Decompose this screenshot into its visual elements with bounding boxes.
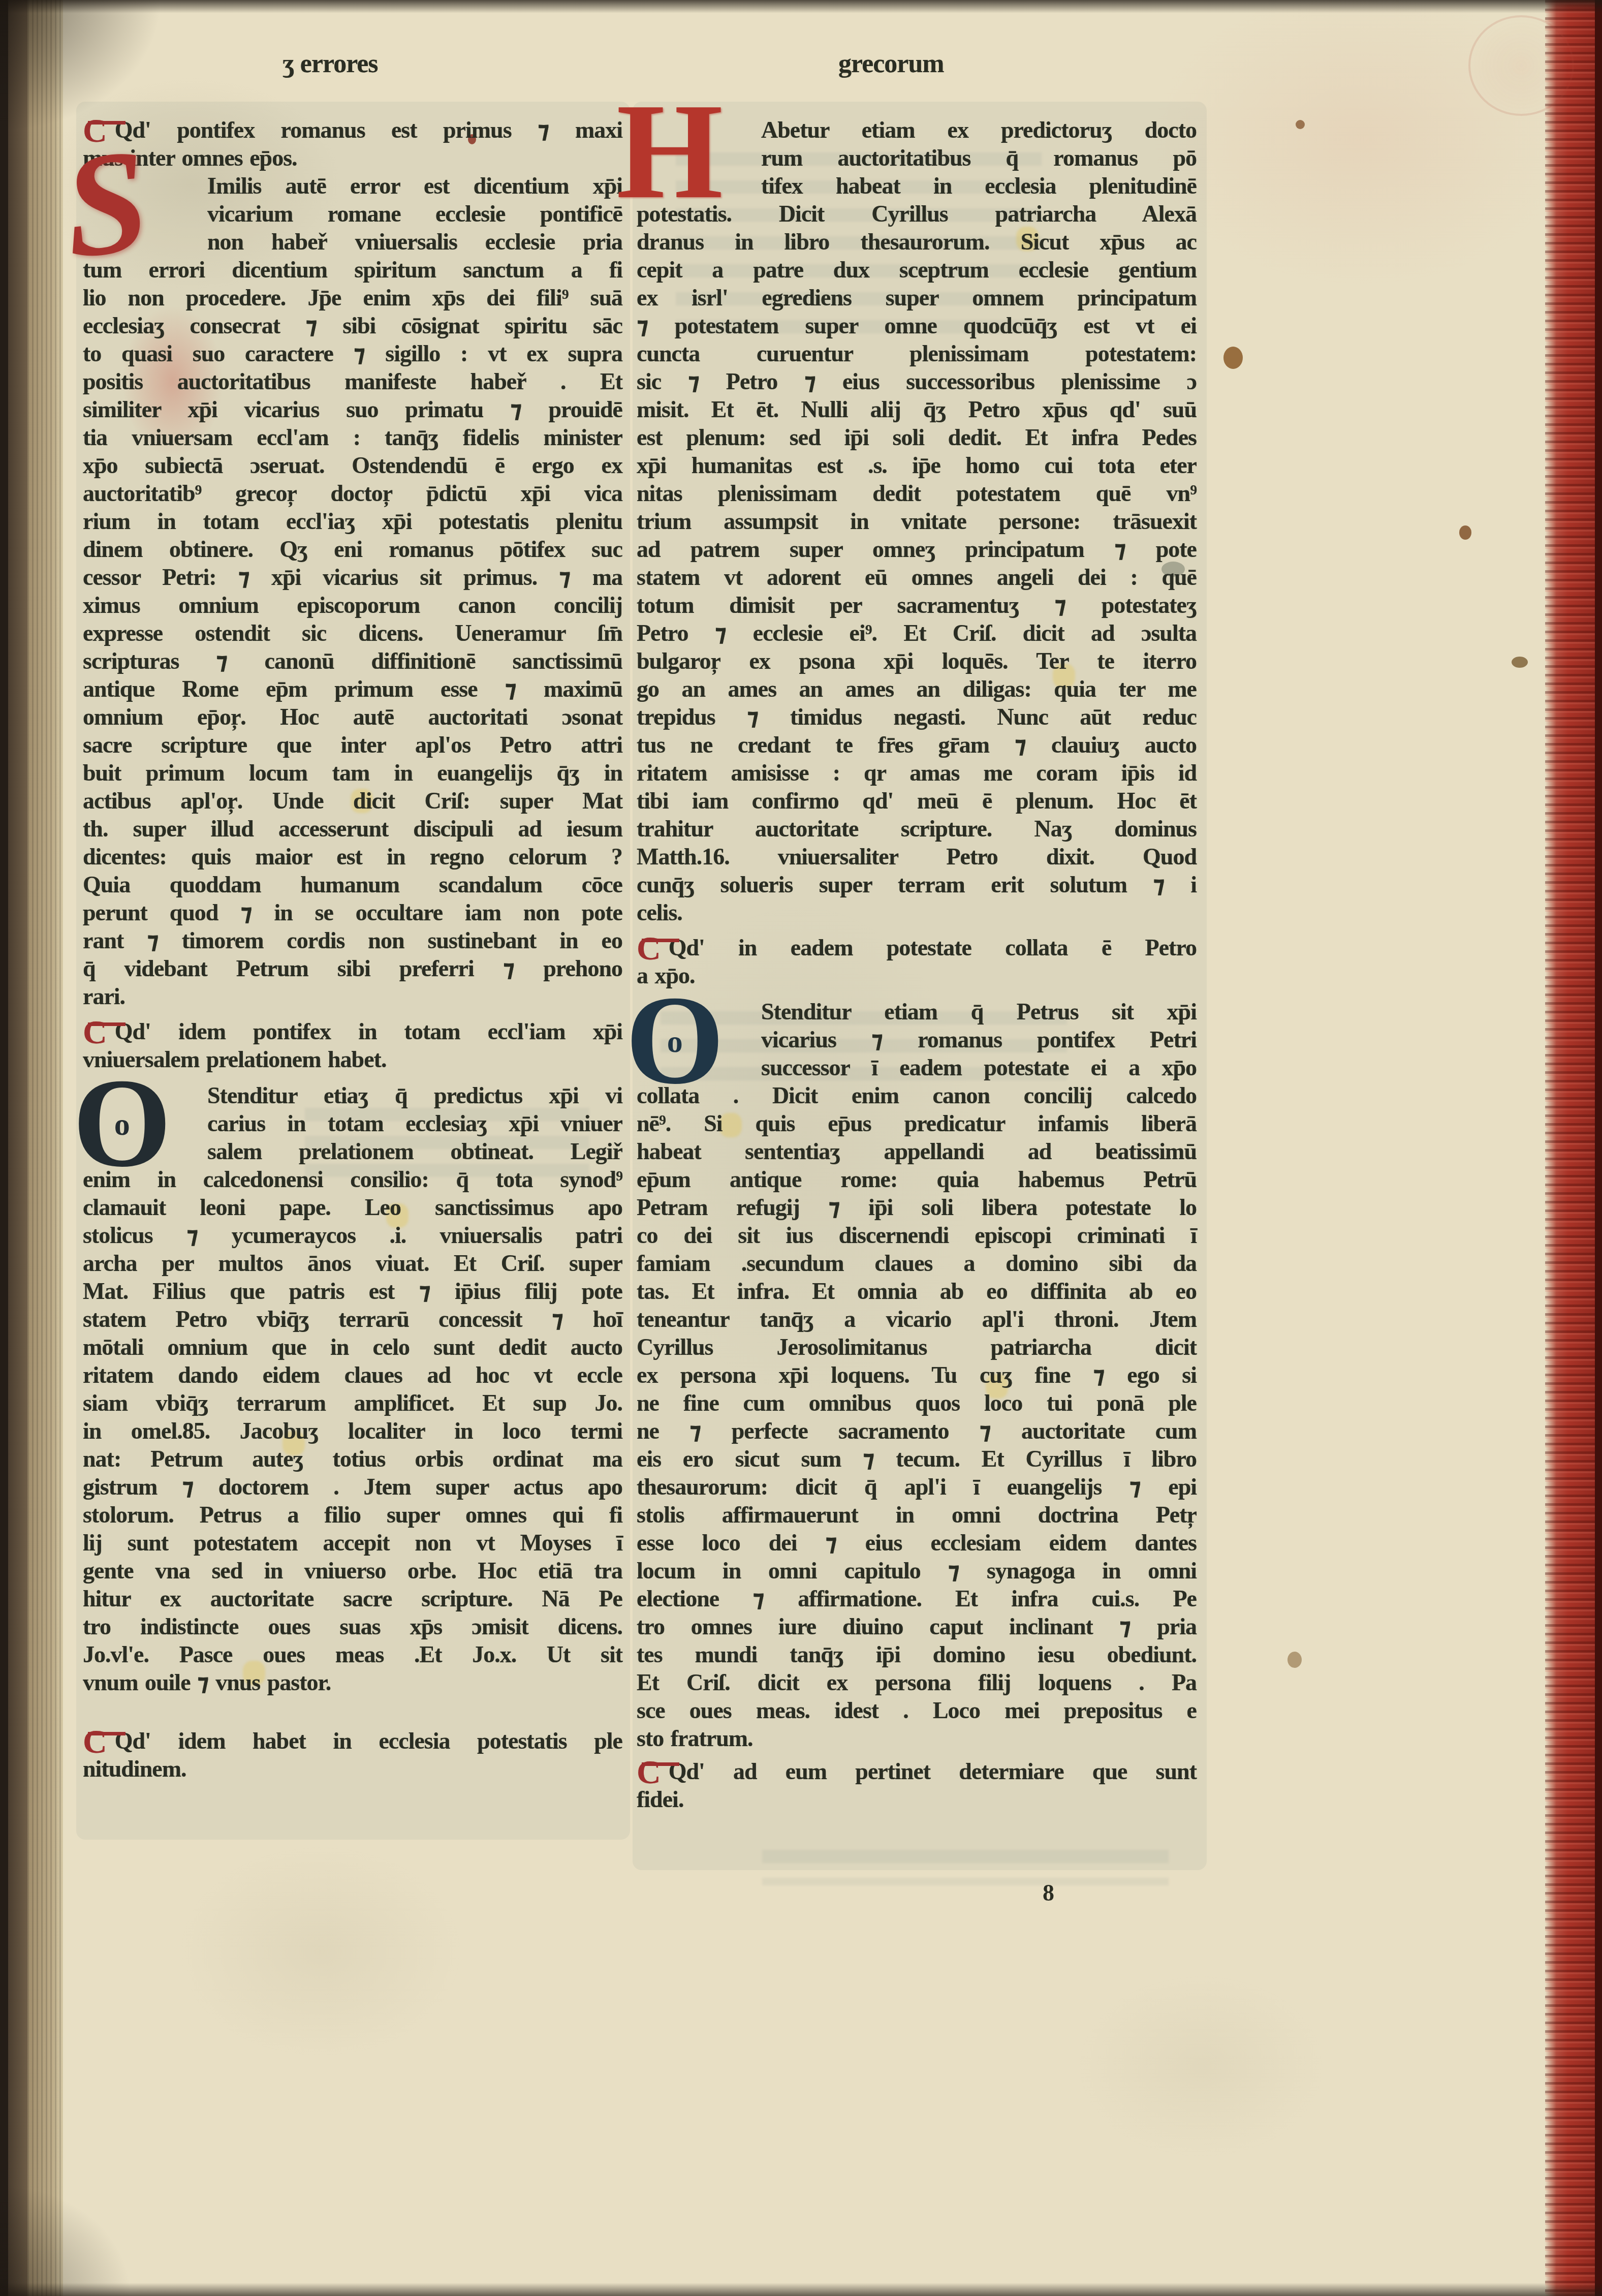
- text-line: dinem obtinere. Qʒ eni romanus pōtifex s…: [83, 535, 622, 563]
- text-line: Stenditur etiaʒ q̄ predictus xp̄i vi: [207, 1081, 622, 1109]
- ring-stain: [1468, 15, 1574, 116]
- text-line: rum auctoritatibus q̄ romanus pō: [761, 144, 1197, 172]
- text-line: ne fine cum omnibus quos loco tui ponā p…: [637, 1389, 1197, 1417]
- text-line: actibus apl'oŗ. Unde dicit Criſ: super M…: [83, 787, 622, 815]
- text-line: bulgaroŗ ex psona xp̄i loquēs. Ter te it…: [637, 647, 1197, 675]
- text-line: Imilis autē error est dicentium xp̄i: [207, 172, 622, 200]
- text-line: xp̄i humanitas est .s. ip̄e homo cui tot…: [637, 451, 1197, 479]
- decorated-initial-S: S: [59, 142, 153, 265]
- text-line: go an ames an ames an diligas: quia ter …: [637, 675, 1197, 703]
- text-line: tes mundi tanq̄ʒ ip̄i domino iesu obediu…: [637, 1640, 1197, 1668]
- text-line: successor ī eadem potestate ei a xp̄o: [761, 1053, 1197, 1081]
- text-line: ad patrem super omneʒ principatum ⁊ pote: [637, 535, 1197, 563]
- text-line: sic ⁊ Petro ⁊ eius successoribus pleniss…: [637, 367, 1197, 395]
- text-line: ritatem dando eidem claues ad hoc vt ecc…: [83, 1361, 622, 1389]
- text-line: tia vniuersam eccl'am : tanq̄ʒ fidelis m…: [83, 423, 622, 451]
- text-line: eis ero sicut sum ⁊ tecum. Et Cyrillus ī…: [637, 1445, 1197, 1473]
- text-line: nē⁹. Si quis ep̄us predicatur infamis li…: [637, 1109, 1197, 1137]
- text-line: sto fratrum.: [637, 1724, 1197, 1752]
- book-page-photo: { "page":{"width":3153,"height":4518,"pa…: [0, 0, 1602, 2296]
- text-line: clamauit leoni pape. Leo sanctissimus ap…: [83, 1193, 622, 1221]
- text-line: to quasi suo caractere ⁊ sigillo : vt ex…: [83, 339, 622, 367]
- text-line: stolis affirmauerunt in omni doctrina Pe…: [637, 1501, 1197, 1529]
- text-line: antique Rome ep̄m primum esse ⁊ maximū: [83, 675, 622, 703]
- text-line: tro indistincte oues suas xp̄s ɔmisit di…: [83, 1612, 622, 1640]
- text-line: ecclesiaʒ consecrat ⁊ sibi cōsignat spir…: [83, 312, 622, 339]
- stain: [1223, 347, 1243, 369]
- text-line: CQd' idem pontifex in totam eccl'iam xp̄…: [83, 1017, 622, 1045]
- text-line: gente vna sed in vniuerso orbe. Hoc etiā…: [83, 1557, 622, 1585]
- text-line: ritatem amisisse : qr amas me coram ip̄i…: [637, 759, 1197, 787]
- text-line: omnium ep̄oŗ. Hoc autē auctoritati ɔsona…: [83, 703, 622, 731]
- text-line: in omel.85. Jacobuʒ localiter in loco te…: [83, 1417, 622, 1445]
- running-head-left: ʒ errores: [282, 49, 378, 79]
- text-line: tibi iam confirmo qd' meū ē plenum. Hoc …: [637, 787, 1197, 815]
- text-line: scripturas ⁊ canonū diffinitionē sanctis…: [83, 647, 622, 675]
- text-line: archa per multos ānos viuat. Et Criſ. su…: [83, 1249, 622, 1277]
- corner-shadow: [0, 0, 163, 132]
- text-line: vicarius ⁊ romanus pontifex Petri: [761, 1026, 1197, 1053]
- text-line: teneantur tanq̄ʒ a vicario apl'i throni.…: [637, 1305, 1197, 1333]
- paragraph-mark: C: [83, 1022, 107, 1043]
- text-line: vnum ouile ⁊ vnus pastor.: [83, 1668, 622, 1696]
- text-line: ne ⁊ perfecte sacramento ⁊ auctoritate c…: [637, 1417, 1197, 1445]
- text-line: perunt quod ⁊ in se occultare iam non po…: [83, 898, 622, 926]
- text-line: ximus omnium episcoporum canon concilij: [83, 591, 622, 619]
- text-line: celis.: [637, 898, 1197, 926]
- stain: [1459, 525, 1471, 540]
- text-line: totum dimisit per sacramentuʒ ⁊ potestat…: [637, 591, 1197, 619]
- text-line: fidei.: [637, 1785, 1197, 1813]
- paragraph-mark: C: [637, 1762, 661, 1783]
- text-line: lio non procedere. Jp̄e enim xp̄s dei fi…: [83, 284, 622, 312]
- running-head-right: grecorum: [838, 49, 944, 79]
- text-line: mus inter omnes ep̄os.: [83, 144, 622, 172]
- text-line: CQd' pontifex romanus est primus ⁊ maxi: [83, 116, 622, 144]
- signature-mark: 8: [1043, 1879, 1054, 1906]
- text-line: stolorum. Petrus a filio super omnes qui…: [83, 1501, 622, 1529]
- text-line: ex isrl' egrediens super omnem principat…: [637, 284, 1197, 312]
- text-line: ⁊ potestatem super omne quodcūq̄ʒ est vt…: [637, 312, 1197, 339]
- text-line: dranus in libro thesaurorum. Sicut xp̄us…: [637, 228, 1197, 256]
- stain: [1296, 120, 1305, 129]
- text-line: salem prelationem obtineat. Legiř: [207, 1137, 622, 1165]
- decorated-initial-H: H: [616, 98, 723, 205]
- text-line: habeat sententiaʒ appellandi ad beatissi…: [637, 1137, 1197, 1165]
- text-line: tum errori dicentium spiritum sanctum a …: [83, 256, 622, 284]
- text-line: xp̄o subiectā ɔseruat. Ostendendū ē ergo…: [83, 451, 622, 479]
- decorated-initial-O: O: [625, 991, 724, 1090]
- stain: [1287, 1652, 1302, 1668]
- text-line: cunq̄ʒ solueris super terram erit solutu…: [637, 871, 1197, 898]
- text-line: lij sunt potestatem accepit non vt Moyse…: [83, 1529, 622, 1557]
- red-fore-edge: [1545, 0, 1602, 2296]
- text-line: similiter xp̄i vicarius suo primatu ⁊ pr…: [83, 395, 622, 423]
- text-line: famiam .secundum claues a domino sibi da: [637, 1249, 1197, 1277]
- text-line: expresse ostendit sic dicens. Ueneramur …: [83, 619, 622, 647]
- text-line: Petro ⁊ ecclesie ei⁹. Et Criſ. dicit ad …: [637, 619, 1197, 647]
- text-line: rant ⁊ timorem cordis non sustinebant in…: [83, 926, 622, 954]
- text-line: thesaurorum: dicit q̄ apl'i ī euangelijs…: [637, 1473, 1197, 1501]
- text-line: dicentes: quis maior est in regno celoru…: [83, 843, 622, 871]
- text-line: q̄ videbant Petrum sibi preferri ⁊ preho…: [83, 954, 622, 982]
- text-line: sacre scripture que inter apl'os Petro a…: [83, 731, 622, 759]
- text-line: tro omnes iure diuino caput inclinant ⁊ …: [637, 1612, 1197, 1640]
- text-line: nitas plenissimam dedit potestatem quē v…: [637, 479, 1197, 507]
- text-line: nat: Petrum auteʒ totius orbis ordinat m…: [83, 1445, 622, 1473]
- text-line: statem Petro vbiq̄ʒ terrarū concessit ⁊ …: [83, 1305, 622, 1333]
- text-line: th. super illud accesserunt discipuli ad…: [83, 815, 622, 843]
- text-line: sce oues meas. idest . Loco mei preposit…: [637, 1696, 1197, 1724]
- bleed-through-text: [762, 1850, 1169, 1885]
- text-line: gistrum ⁊ doctorem . Jtem super actus ap…: [83, 1473, 622, 1501]
- text-line: auctoritatib⁹ grecoŗ doctoŗ p̄dictū xp̄i…: [83, 479, 622, 507]
- text-line: cessor Petri: ⁊ xp̄i vicarius sit primus…: [83, 563, 622, 591]
- book-gutter-shadow: [0, 0, 8, 2296]
- text-line: statem vt adorent eū omnes angeli dei : …: [637, 563, 1197, 591]
- text-line: esse loco dei ⁊ eius ecclesiam eidem dan…: [637, 1529, 1197, 1557]
- page-edge-stack: [8, 0, 27, 2296]
- page-edge-stack: [27, 0, 63, 2296]
- text-line: stolicus ⁊ ycumeraycos .i. vniuersalis p…: [83, 1221, 622, 1249]
- text-line: Cyrillus Jerosolimitanus patriarcha dici…: [637, 1333, 1197, 1361]
- text-line: electione ⁊ affirmatione. Et infra cui.s…: [637, 1585, 1197, 1612]
- paragraph-mark: C: [637, 939, 661, 959]
- text-line: CQd' ad eum pertinet determiare que sunt: [637, 1757, 1197, 1785]
- text-line: est plenum: sed ip̄i soli dedit. Et infr…: [637, 423, 1197, 451]
- text-line: rari.: [83, 982, 622, 1010]
- text-line: tus ne credant te fr̄es gr̄am ⁊ clauiuʒ …: [637, 731, 1197, 759]
- text-line: Abetur etiam ex predictoruʒ docto: [761, 116, 1197, 144]
- text-line: mōtali omnium que in celo sunt dedit auc…: [83, 1333, 622, 1361]
- text-line: nitudinem.: [83, 1755, 622, 1783]
- text-column-right: Abetur etiam ex predictoruʒ doctorum auc…: [637, 116, 1197, 1813]
- text-line: hitur ex auctoritate sacre scripture. Nā…: [83, 1585, 622, 1612]
- text-line: Quia quoddam humanum scandalum cōce: [83, 871, 622, 898]
- text-line: Mat. Filius que patris est ⁊ ip̄ius fili…: [83, 1277, 622, 1305]
- text-line: Et Criſ. dicit ex persona filij loquens …: [637, 1668, 1197, 1696]
- bottom-edge-shadow: [0, 2283, 1602, 2296]
- text-line: CQd' in eadem potestate collata ē Petro: [637, 934, 1197, 961]
- text-line: Petram refugij ⁊ ip̄i soli libera potest…: [637, 1193, 1197, 1221]
- text-column-left: CQd' pontifex romanus est primus ⁊ maxim…: [83, 116, 622, 1783]
- text-line: CQd' idem habet in ecclesia potestatis p…: [83, 1727, 622, 1755]
- text-line: carius in totam ecclesiaʒ xp̄i vniuer: [207, 1109, 622, 1137]
- text-line: siam vbiq̄ʒ terrarum amplificet. Et sup …: [83, 1389, 622, 1417]
- text-line: vicarium romane ecclesie pontificē: [207, 200, 622, 228]
- text-line: trahitur auctoritate scripture. Naʒ domi…: [637, 815, 1197, 843]
- top-edge-shadow: [0, 0, 1602, 13]
- text-line: ep̄um antique rome: quia habemus Petrū: [637, 1165, 1197, 1193]
- text-line: rium in totam eccl'iaʒ xp̄i potestatis p…: [83, 507, 622, 535]
- text-line: Jo.vl'e. Pasce oues meas .Et Jo.x. Ut si…: [83, 1640, 622, 1668]
- text-line: misit. Et ēt. Nulli alij q̄ʒ Petro xp̄us…: [637, 395, 1197, 423]
- text-line: ex persona xp̄i loquens. Tu cuʒ fine ⁊ e…: [637, 1361, 1197, 1389]
- red-fore-edge-shadow: [1595, 0, 1602, 2296]
- text-line: co dei sit ius discernendi episcopi crim…: [637, 1221, 1197, 1249]
- text-line: cuncta curuentur plenissimam potestatem:: [637, 339, 1197, 367]
- decorated-initial-O: O: [73, 1074, 171, 1173]
- text-line: Matth.16. vniuersaliter Petro dixit. Quo…: [637, 843, 1197, 871]
- text-line: cepit a patre dux sceptrum ecclesie gent…: [637, 256, 1197, 284]
- text-line: tifex habeat in ecclesia plenitudinē: [761, 172, 1197, 200]
- text-line: tas. Et infra. Et omnia ab eo diffinita …: [637, 1277, 1197, 1305]
- text-line: locum in omni capitulo ⁊ synagoga in omn…: [637, 1557, 1197, 1585]
- text-line: trepidus ⁊ timidus negasti. Nunc aūt red…: [637, 703, 1197, 731]
- corner-shadow: [0, 2184, 132, 2296]
- text-line: positis auctoritatibus manifeste habeř .…: [83, 367, 622, 395]
- text-line: buit primum locum tam in euangelijs q̄ʒ …: [83, 759, 622, 787]
- text-line: non habeř vniuersalis ecclesie pria: [207, 228, 622, 256]
- text-line: trium assumpsit in vnitate persone: trās…: [637, 507, 1197, 535]
- text-line: Stenditur etiam q̄ Petrus sit xp̄i: [761, 998, 1197, 1026]
- stain: [1512, 657, 1528, 668]
- paragraph-mark: C: [83, 1732, 107, 1752]
